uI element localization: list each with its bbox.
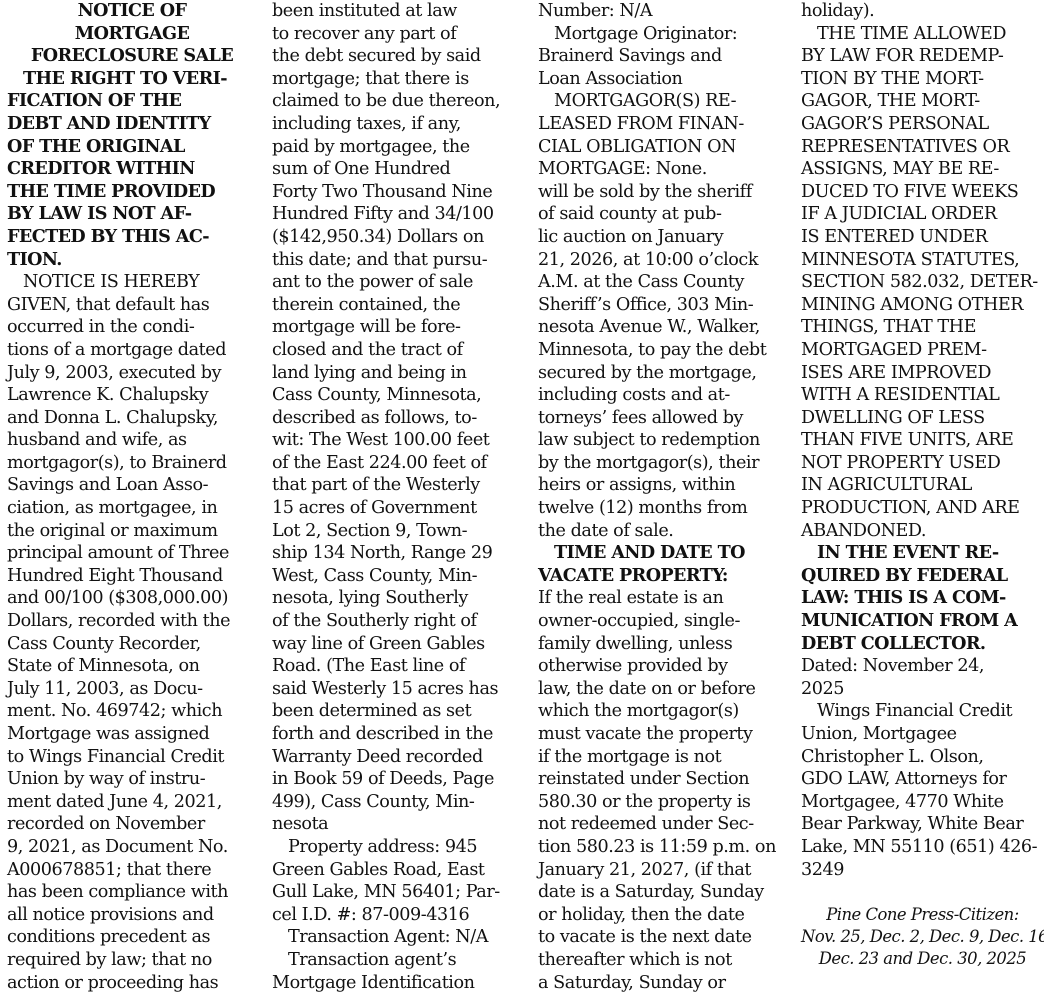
text-line: sum of One Hundred	[272, 158, 522, 181]
text-line: the date of sale.	[538, 520, 788, 543]
text-line: reinstated under Section	[538, 768, 788, 791]
text-line: GAGOR, THE MORT-	[801, 90, 1044, 113]
text-line: West, Cass County, Min-	[272, 565, 522, 588]
text-line: Cass County Recorder,	[7, 633, 257, 656]
text-line: July 9, 2003, executed by	[7, 362, 257, 385]
text-line: Savings and Loan Asso-	[7, 474, 257, 497]
text-line: Mortgage Originator:	[538, 23, 788, 46]
text-line: that part of the Westerly	[272, 474, 522, 497]
text-line: said Westerly 15 acres has	[272, 678, 522, 701]
text-line: law subject to redemption	[538, 429, 788, 452]
column-4-text: holiday).THE TIME ALLOWEDBY LAW FOR REDE…	[801, 0, 1044, 881]
text-line: ABANDONED.	[801, 520, 1044, 543]
text-line: 3249	[801, 859, 1044, 882]
column-4: holiday).THE TIME ALLOWEDBY LAW FOR REDE…	[801, 0, 1044, 970]
text-line: tions of a mortgage dated	[7, 339, 257, 362]
text-line: Lot 2, Section 9, Town-	[272, 520, 522, 543]
text-line: recorded on November	[7, 813, 257, 836]
text-line: IN THE EVENT RE-	[801, 542, 1044, 565]
text-line: Union by way of instru-	[7, 768, 257, 791]
text-line: Forty Two Thousand Nine	[272, 181, 522, 204]
text-line: 2025	[801, 678, 1044, 701]
text-line: must vacate the property	[538, 723, 788, 746]
text-line: Hundred Fifty and 34/100	[272, 203, 522, 226]
text-line: MUNICATION FROM A	[801, 610, 1044, 633]
text-line: Hundred Eight Thousand	[7, 565, 257, 588]
text-line: and Donna L. Chalupsky,	[7, 407, 257, 430]
text-line: tion 580.23 is 11:59 p.m. on	[538, 836, 788, 859]
text-line: 499), Cass County, Min-	[272, 791, 522, 814]
text-line: torneys’ fees allowed by	[538, 407, 788, 430]
text-line: paid by mortgagee, the	[272, 136, 522, 159]
text-line: in Book 59 of Deeds, Page	[272, 768, 522, 791]
text-line: ($142,950.34) Dollars on	[272, 226, 522, 249]
text-line: the debt secured by said	[272, 45, 522, 68]
text-line: Gull Lake, MN 56401; Par-	[272, 881, 522, 904]
text-line: owner-occupied, single-	[538, 610, 788, 633]
text-line: TION BY THE MORT-	[801, 68, 1044, 91]
text-line: A000678851; that there	[7, 859, 257, 882]
text-line: claimed to be due thereon,	[272, 90, 522, 113]
text-line: nesota	[272, 813, 522, 836]
text-line: ISES ARE IMPROVED	[801, 362, 1044, 385]
text-line: 580.30 or the property is	[538, 791, 788, 814]
credit-line: Pine Cone Press-Citizen:	[801, 904, 1044, 926]
text-line: Mortgagee, 4770 White	[801, 791, 1044, 814]
text-line: THINGS, THAT THE	[801, 316, 1044, 339]
text-line: Transaction agent’s	[272, 949, 522, 972]
text-line: and 00/100 ($308,000.00)	[7, 587, 257, 610]
text-line: THE TIME PROVIDED	[7, 181, 257, 204]
text-line: TION.	[7, 249, 257, 272]
text-line: Bear Parkway, White Bear	[801, 813, 1044, 836]
text-line: will be sold by the sheriff	[538, 181, 788, 204]
text-line: lic auction on January	[538, 226, 788, 249]
text-line: OF THE ORIGINAL	[7, 136, 257, 159]
text-line: MORTGAGE: None.	[538, 158, 788, 181]
text-line: principal amount of Three	[7, 542, 257, 565]
text-line: LEASED FROM FINAN-	[538, 113, 788, 136]
text-line: been instituted at law	[272, 0, 522, 23]
column-1-text: THE RIGHT TO VERI-FICATION OF THEDEBT AN…	[7, 68, 257, 994]
text-line: including costs and at-	[538, 384, 788, 407]
text-line: DWELLING OF LESS	[801, 407, 1044, 430]
text-line: Warranty Deed recorded	[272, 746, 522, 769]
text-line: holiday).	[801, 0, 1044, 23]
text-line: THAN FIVE UNITS, ARE	[801, 429, 1044, 452]
text-line: IS ENTERED UNDER	[801, 226, 1044, 249]
text-line: BY LAW FOR REDEMP-	[801, 45, 1044, 68]
text-line: husband and wife, as	[7, 429, 257, 452]
text-line: THE TIME ALLOWED	[801, 23, 1044, 46]
text-line: REPRESENTATIVES OR	[801, 136, 1044, 159]
text-line: not redeemed under Sec-	[538, 813, 788, 836]
text-line: closed and the tract of	[272, 339, 522, 362]
text-line: ASSIGNS, MAY BE RE-	[801, 158, 1044, 181]
text-line: described as follows, to-	[272, 407, 522, 430]
title-line: MORTGAGE	[7, 23, 257, 46]
text-line: NOTICE IS HEREBY	[7, 271, 257, 294]
text-line: twelve (12) months from	[538, 497, 788, 520]
text-line: secured by the mortgage,	[538, 362, 788, 385]
text-line: 21, 2026, at 10:00 o’clock	[538, 249, 788, 272]
text-line: LAW: THIS IS A COM-	[801, 587, 1044, 610]
text-line: MORTGAGOR(S) RE-	[538, 90, 788, 113]
text-line: conditions precedent as	[7, 926, 257, 949]
text-line: Green Gables Road, East	[272, 859, 522, 882]
text-line: State of Minnesota, on	[7, 655, 257, 678]
text-line: DEBT COLLECTOR.	[801, 633, 1044, 656]
text-line: nesota, lying Southerly	[272, 587, 522, 610]
text-line: DEBT AND IDENTITY	[7, 113, 257, 136]
text-line: Road. (The East line of	[272, 655, 522, 678]
text-line: mortgagor(s), to Brainerd	[7, 452, 257, 475]
text-line: Union, Mortgagee	[801, 723, 1044, 746]
text-line: 15 acres of Government	[272, 497, 522, 520]
text-line: Sheriff’s Office, 303 Min-	[538, 294, 788, 317]
text-line: Loan Association	[538, 68, 788, 91]
text-line: GIVEN, that default has	[7, 294, 257, 317]
column-1: NOTICE OF MORTGAGE FORECLOSURE SALE THE …	[7, 0, 257, 994]
text-line: family dwelling, unless	[538, 633, 788, 656]
text-line: forth and described in the	[272, 723, 522, 746]
title-line: FORECLOSURE SALE	[7, 45, 257, 68]
text-line: occurred in the condi-	[7, 316, 257, 339]
text-line: January 21, 2027, (if that	[538, 859, 788, 882]
column-3: Number: N/AMortgage Originator:Brainerd …	[538, 0, 788, 994]
text-line: cel I.D. #: 87-009-4316	[272, 904, 522, 927]
text-line: ant to the power of sale	[272, 271, 522, 294]
text-line: WITH A RESIDENTIAL	[801, 384, 1044, 407]
text-line: land lying and being in	[272, 362, 522, 385]
text-line: NOT PROPERTY USED	[801, 452, 1044, 475]
text-line: MORTGAGED PREM-	[801, 339, 1044, 362]
text-line: therein contained, the	[272, 294, 522, 317]
text-line: mortgage will be fore-	[272, 316, 522, 339]
text-line: or holiday, then the date	[538, 904, 788, 927]
title-line: NOTICE OF	[7, 0, 257, 23]
publication-credit: Pine Cone Press-Citizen: Nov. 25, Dec. 2…	[801, 904, 1044, 970]
text-line: CREDITOR WITHIN	[7, 158, 257, 181]
text-line: Minnesota, to pay the debt	[538, 339, 788, 362]
text-line: A.M. at the Cass County	[538, 271, 788, 294]
text-line: been determined as set	[272, 700, 522, 723]
text-line: if the mortgage is not	[538, 746, 788, 769]
text-line: Lawrence K. Chalupsky	[7, 384, 257, 407]
text-line: required by law; that no	[7, 949, 257, 972]
text-line: thereafter which is not	[538, 949, 788, 972]
text-line: SECTION 582.032, DETER-	[801, 271, 1044, 294]
text-line: PRODUCTION, AND ARE	[801, 497, 1044, 520]
text-line: VACATE PROPERTY:	[538, 565, 788, 588]
text-line: of said county at pub-	[538, 203, 788, 226]
credit-line: Nov. 25, Dec. 2, Dec. 9, Dec. 16,	[801, 926, 1044, 948]
text-line: to vacate is the next date	[538, 926, 788, 949]
text-line: If the real estate is an	[538, 587, 788, 610]
text-line: action or proceeding has	[7, 972, 257, 995]
text-line: to recover any part of	[272, 23, 522, 46]
text-line: heirs or assigns, within	[538, 474, 788, 497]
text-line: date is a Saturday, Sunday	[538, 881, 788, 904]
text-line: of the East 224.00 feet of	[272, 452, 522, 475]
text-line: DUCED TO FIVE WEEKS	[801, 181, 1044, 204]
text-line: which the mortgagor(s)	[538, 700, 788, 723]
text-line: July 11, 2003, as Docu-	[7, 678, 257, 701]
text-line: THE RIGHT TO VERI-	[7, 68, 257, 91]
text-line: Dated: November 24,	[801, 655, 1044, 678]
text-line: Mortgage was assigned	[7, 723, 257, 746]
spacer	[801, 881, 1044, 904]
text-line: to Wings Financial Credit	[7, 746, 257, 769]
text-line: MINING AMONG OTHER	[801, 294, 1044, 317]
text-line: all notice provisions and	[7, 904, 257, 927]
text-line: MINNESOTA STATUTES,	[801, 249, 1044, 272]
text-line: ment dated June 4, 2021,	[7, 791, 257, 814]
column-2-text: been instituted at lawto recover any par…	[272, 0, 522, 994]
text-line: FICATION OF THE	[7, 90, 257, 113]
text-line: this date; and that pursu-	[272, 249, 522, 272]
column-3-text: Number: N/AMortgage Originator:Brainerd …	[538, 0, 788, 994]
column-2: been instituted at lawto recover any par…	[272, 0, 522, 994]
text-line: nesota Avenue W., Walker,	[538, 316, 788, 339]
text-line: by the mortgagor(s), their	[538, 452, 788, 475]
text-line: Lake, MN 55110 (651) 426-	[801, 836, 1044, 859]
text-line: TIME AND DATE TO	[538, 542, 788, 565]
text-line: ship 134 North, Range 29	[272, 542, 522, 565]
text-line: QUIRED BY FEDERAL	[801, 565, 1044, 588]
text-line: otherwise provided by	[538, 655, 788, 678]
notice-title: NOTICE OF MORTGAGE FORECLOSURE SALE	[7, 0, 257, 68]
credit-line: Dec. 23 and Dec. 30, 2025	[801, 948, 1044, 970]
text-line: way line of Green Gables	[272, 633, 522, 656]
text-line: CIAL OBLIGATION ON	[538, 136, 788, 159]
text-line: wit: The West 100.00 feet	[272, 429, 522, 452]
text-line: GDO LAW, Attorneys for	[801, 768, 1044, 791]
text-line: Mortgage Identification	[272, 972, 522, 995]
text-line: law, the date on or before	[538, 678, 788, 701]
text-line: FECTED BY THIS AC-	[7, 226, 257, 249]
text-line: ciation, as mortgagee, in	[7, 497, 257, 520]
text-line: 9, 2021, as Document No.	[7, 836, 257, 859]
text-line: Wings Financial Credit	[801, 700, 1044, 723]
text-line: Number: N/A	[538, 0, 788, 23]
text-line: of the Southerly right of	[272, 610, 522, 633]
text-line: Brainerd Savings and	[538, 45, 788, 68]
text-line: BY LAW IS NOT AF-	[7, 203, 257, 226]
text-line: mortgage; that there is	[272, 68, 522, 91]
text-line: has been compliance with	[7, 881, 257, 904]
text-line: IF A JUDICIAL ORDER	[801, 203, 1044, 226]
text-line: ment. No. 469742; which	[7, 700, 257, 723]
text-line: including taxes, if any,	[272, 113, 522, 136]
text-line: GAGOR’S PERSONAL	[801, 113, 1044, 136]
text-line: IN AGRICULTURAL	[801, 474, 1044, 497]
text-line: Christopher L. Olson,	[801, 746, 1044, 769]
text-line: a Saturday, Sunday or	[538, 972, 788, 995]
text-line: Dollars, recorded with the	[7, 610, 257, 633]
text-line: Transaction Agent: N/A	[272, 926, 522, 949]
text-line: the original or maximum	[7, 520, 257, 543]
text-line: Cass County, Minnesota,	[272, 384, 522, 407]
text-line: Property address: 945	[272, 836, 522, 859]
